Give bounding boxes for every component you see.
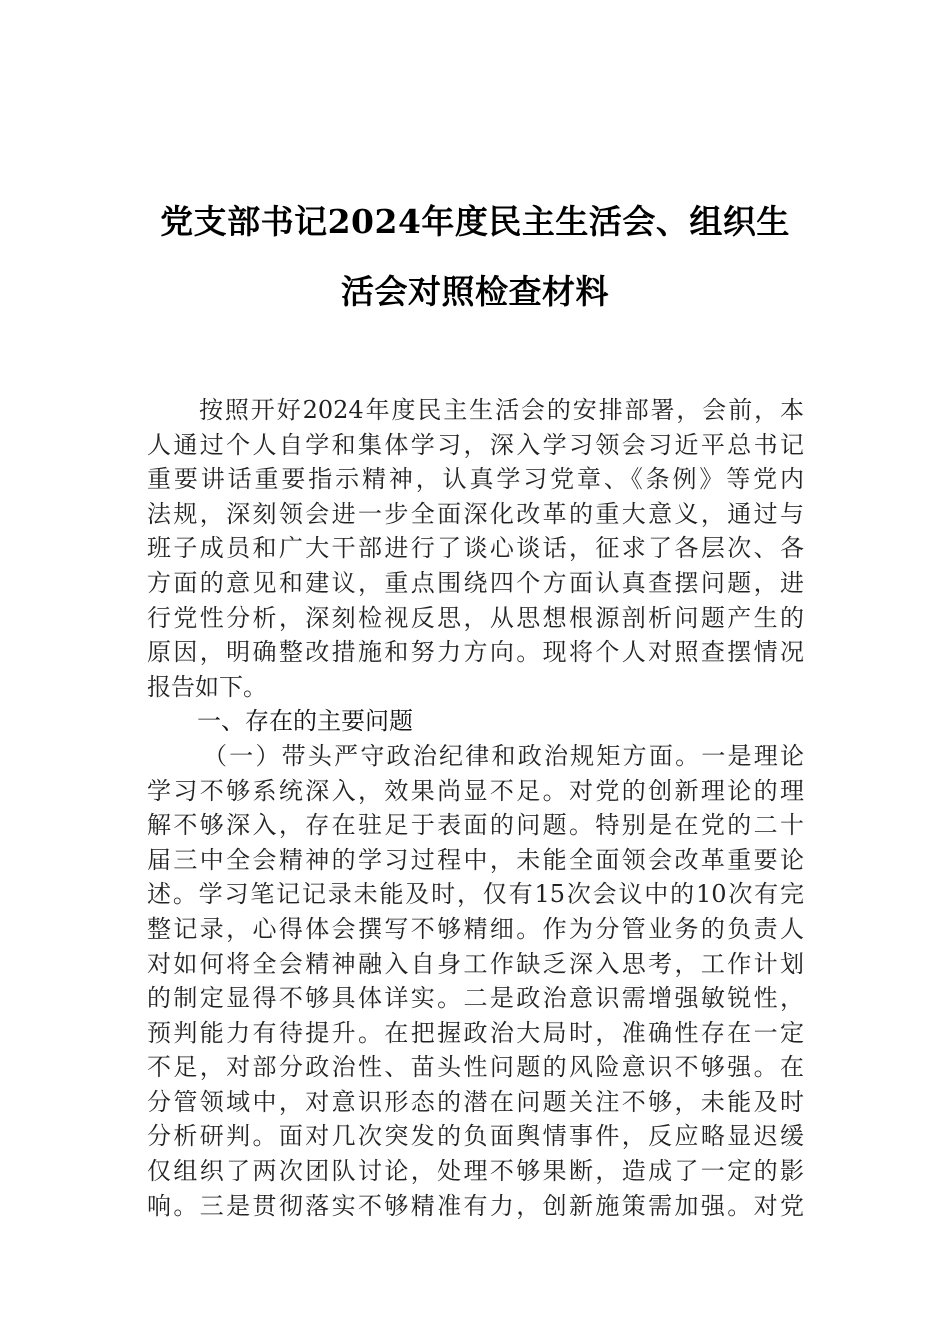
document-page: 党支部书记2024年度民主生活会、组织生 活会对照检查材料 按照开好2024年度… <box>0 0 950 1344</box>
section-1-line: 分析研判。面对几次突发的负面舆情事件，反应略显迟缓 <box>147 1119 804 1154</box>
section-1-line: （一）带头严守政治纪律和政治规矩方面。一是理论 <box>147 739 804 774</box>
intro-paragraph-line: 行党性分析，深刻检视反思，从思想根源剖析问题产生的 <box>147 601 804 636</box>
section-1-line: 对如何将全会精神融入自身工作缺乏深入思考，工作计划 <box>147 947 804 982</box>
section-1-line: 响。三是贯彻落实不够精准有力，创新施策需加强。对党 <box>147 1189 804 1224</box>
document-body: 按照开好2024年度民主生活会的安排部署，会前，本 人通过个人自学和集体学习，深… <box>147 393 804 1223</box>
section-1-line: 届三中全会精神的学习过程中，未能全面领会改革重要论 <box>147 843 804 878</box>
section-1-line: 解不够深入，存在驻足于表面的问题。特别是在党的二十 <box>147 808 804 843</box>
section-1-line: 学习不够系统深入，效果尚显不足。对党的创新理论的理 <box>147 774 804 809</box>
section-heading: 一、存在的主要问题 <box>147 704 804 739</box>
intro-paragraph-line: 法规，深刻领会进一步全面深化改革的重大意义，通过与 <box>147 497 804 532</box>
section-1-line: 整记录，心得体会撰写不够精细。作为分管业务的负责人 <box>147 912 804 947</box>
intro-paragraph-line: 按照开好2024年度民主生活会的安排部署，会前，本 <box>147 393 804 428</box>
intro-paragraph-line: 方面的意见和建议，重点围绕四个方面认真查摆问题，进 <box>147 566 804 601</box>
section-1-line: 的制定显得不够具体详实。二是政治意识需增强敏锐性， <box>147 981 804 1016</box>
intro-paragraph-line: 报告如下。 <box>147 670 804 705</box>
intro-paragraph-line: 班子成员和广大干部进行了谈心谈话，征求了各层次、各 <box>147 531 804 566</box>
section-1-line: 仅组织了两次团队讨论，处理不够果断，造成了一定的影 <box>147 1154 804 1189</box>
section-1-line: 不足，对部分政治性、苗头性问题的风险意识不够强。在 <box>147 1050 804 1085</box>
document-title-line-1: 党支部书记2024年度民主生活会、组织生 <box>0 196 950 243</box>
section-1-line: 分管领域中，对意识形态的潜在问题关注不够，未能及时 <box>147 1085 804 1120</box>
intro-paragraph-line: 重要讲话重要指示精神，认真学习党章、《条例》等党内 <box>147 462 804 497</box>
section-1-line: 述。学习笔记记录未能及时，仅有15次会议中的10次有完 <box>147 877 804 912</box>
document-title-line-2: 活会对照检查材料 <box>0 266 950 313</box>
section-1-line: 预判能力有待提升。在把握政治大局时，准确性存在一定 <box>147 1016 804 1051</box>
intro-paragraph-line: 原因，明确整改措施和努力方向。现将个人对照查摆情况 <box>147 635 804 670</box>
intro-paragraph-line: 人通过个人自学和集体学习，深入学习领会习近平总书记 <box>147 428 804 463</box>
